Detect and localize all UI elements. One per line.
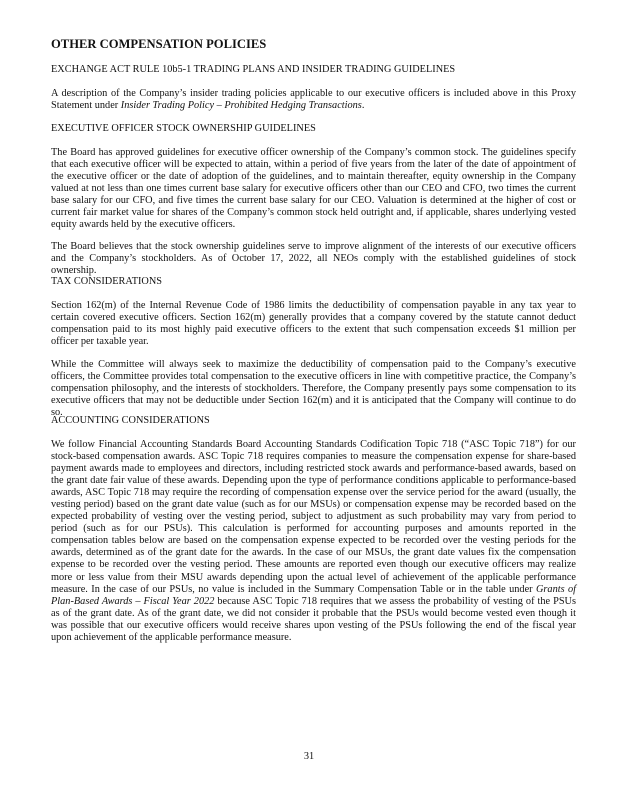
section-heading-tax: TAX CONSIDERATIONS [51,276,162,287]
paragraph-insider-trading: A description of the Company’s insider t… [51,88,576,112]
paragraph-ownership-alignment: The Board believes that the stock owners… [51,241,576,277]
paragraph-ownership-guidelines: The Board has approved guidelines for ex… [51,147,576,231]
paragraph-deductibility: While the Committee will always seek to … [51,359,576,419]
page-number: 31 [0,751,618,762]
section-heading-accounting: ACCOUNTING CONSIDERATIONS [51,415,210,426]
paragraph-asc-topic-718: We follow Financial Accounting Standards… [51,439,576,644]
section-heading-stock-ownership: EXECUTIVE OFFICER STOCK OWNERSHIP GUIDEL… [51,123,316,134]
paragraph-section-162m: Section 162(m) of the Internal Revenue C… [51,300,576,348]
italic-reference: Insider Trading Policy – Prohibited Hedg… [121,100,362,111]
page-title: OTHER COMPENSATION POLICIES [51,37,266,52]
section-heading-10b5-1: EXCHANGE ACT RULE 10b5-1 TRADING PLANS A… [51,64,455,75]
